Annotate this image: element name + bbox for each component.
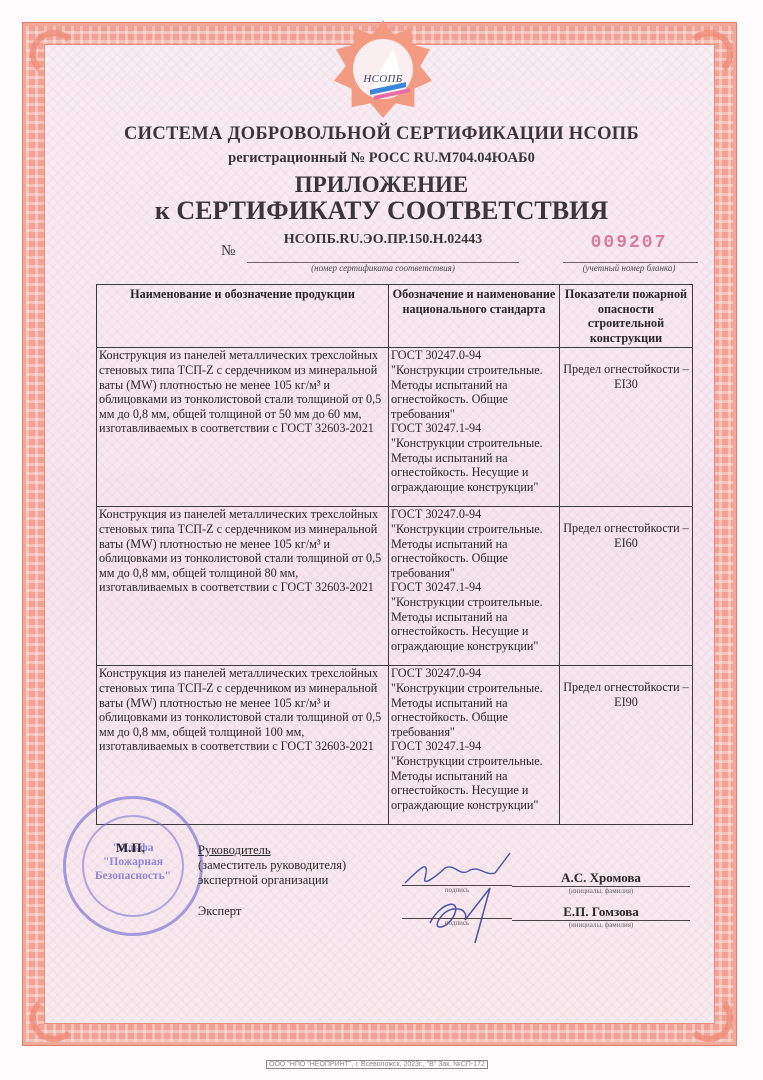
- nsopb-emblem-logo: НСОПБ: [334, 20, 432, 118]
- product-cell: Конструкция из панелей металлических тре…: [97, 507, 389, 666]
- standard-cell: ГОСТ 30247.0-94 "Конструкции строительны…: [389, 507, 560, 666]
- head-name-caption: (инициалы, фамилия): [512, 887, 690, 895]
- column-header-indicators: Показатели пожарной опасности строительн…: [560, 285, 693, 348]
- corner-ornament-icon: [30, 994, 78, 1042]
- appendix-title: ПРИЛОЖЕНИЕ: [0, 172, 763, 198]
- system-title: СИСТЕМА ДОБРОВОЛЬНОЙ СЕРТИФИКАЦИИ НСОПБ: [0, 124, 763, 145]
- standard-cell: ГОСТ 30247.0-94 "Конструкции строительны…: [389, 666, 560, 825]
- standard-cell: ГОСТ 30247.0-94 "Конструкции строительны…: [389, 348, 560, 507]
- expert-signature-caption: подпись: [402, 919, 512, 927]
- corner-ornament-icon: [685, 994, 733, 1042]
- number-sign: №: [221, 243, 235, 260]
- indicator-cell: Предел огнестойкости – EI90: [560, 666, 693, 825]
- column-header-standard: Обозначение и наименование национального…: [389, 285, 560, 348]
- table-row: Конструкция из панелей металлических тре…: [97, 666, 693, 825]
- certificate-title: к СЕРТИФИКАТУ СООТВЕТСТВИЯ: [0, 196, 763, 226]
- head-role-subtitle: (заместитель руководителя) экспертной ор…: [198, 858, 346, 887]
- organization-stamp-icon: "Альфа "Пожарная Безопасность": [63, 796, 203, 936]
- table-header-row: Наименование и обозначение продукции Обо…: [97, 285, 693, 348]
- head-name: А.С. Хромова: [512, 870, 690, 886]
- certificate-number: НСОПБ.RU.ЭО.ПР.150.Н.02443: [247, 232, 519, 248]
- indicator-cell: Предел огнестойкости – EI30: [560, 348, 693, 507]
- expert-name-caption: (инициалы, фамилия): [512, 921, 690, 929]
- blank-serial-number: 009207: [560, 233, 698, 253]
- head-role-label: Руководитель (заместитель руководителя) …: [198, 843, 346, 888]
- indicator-cell: Предел огнестойкости – EI60: [560, 507, 693, 666]
- products-table: Наименование и обозначение продукции Обо…: [96, 284, 693, 825]
- handwritten-signatures-icon: [400, 848, 540, 948]
- registration-number: регистрационный № РОСС RU.М704.04ЮАБ0: [0, 150, 763, 167]
- certificate-number-caption: (номер сертификата соответствия): [247, 263, 519, 273]
- column-header-product: Наименование и обозначение продукции: [97, 285, 389, 348]
- table-row: Конструкция из панелей металлических тре…: [97, 348, 693, 507]
- head-signature-caption: подпись: [402, 886, 512, 894]
- expert-name: Е.П. Гомзова: [512, 904, 690, 920]
- seal-label: М.П.: [116, 840, 145, 856]
- emblem-text: НСОПБ: [334, 73, 432, 85]
- corner-ornament-icon: [685, 30, 733, 78]
- printer-imprint: ООО "НПО "НЕОПРИНТ", г. Всеволожск, 2023…: [266, 1060, 488, 1069]
- expert-role-label: Эксперт: [198, 904, 241, 919]
- blank-number-caption: (учетный номер бланка): [560, 263, 698, 273]
- product-cell: Конструкция из панелей металлических тре…: [97, 348, 389, 507]
- table-row: Конструкция из панелей металлических тре…: [97, 507, 693, 666]
- head-role-title: Руководитель: [198, 843, 271, 857]
- corner-ornament-icon: [30, 30, 78, 78]
